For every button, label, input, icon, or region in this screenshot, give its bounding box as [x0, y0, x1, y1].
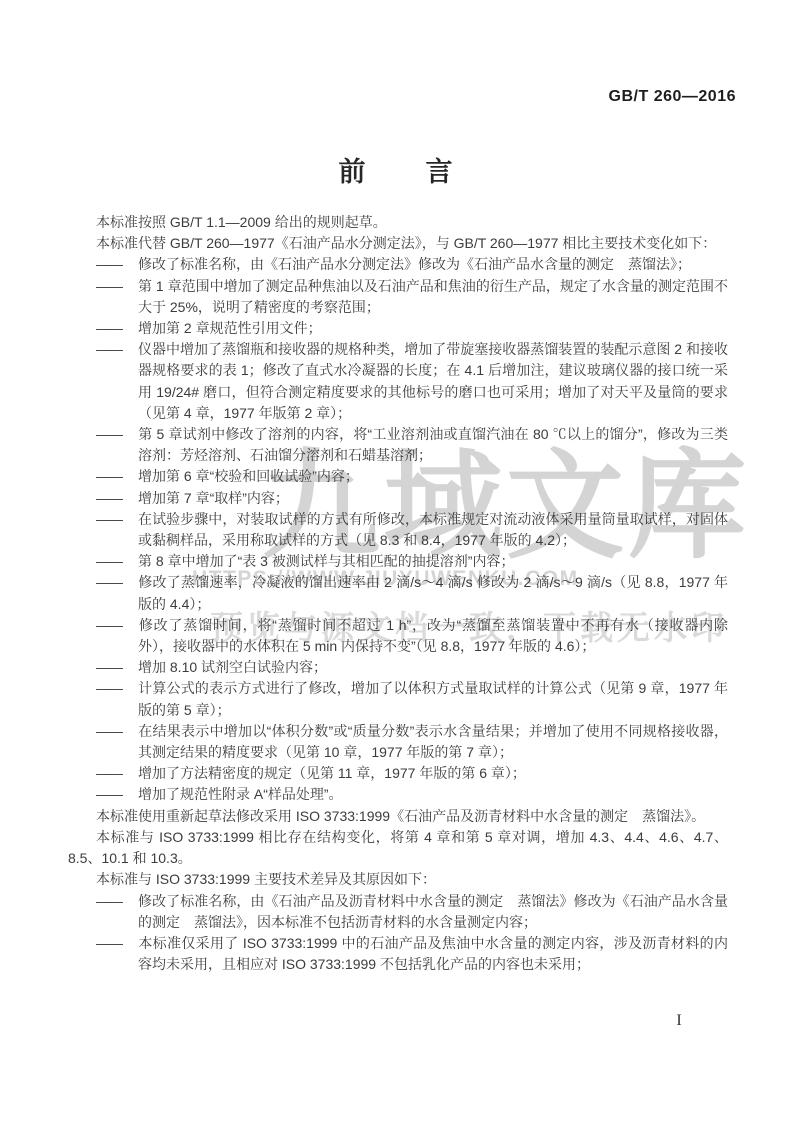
- dash-prefix: ——: [96, 678, 138, 699]
- page-title: 前 言: [0, 150, 793, 189]
- foreword-block: ——第 5 章试剂中修改了溶剂的内容，将“工业溶剂油或直馏汽油在 80 ℃以上的…: [68, 424, 728, 466]
- foreword-text: 本标准与 ISO 3733:1999 主要技术差异及其原因如下：: [96, 871, 436, 887]
- foreword-block: ——修改了标准名称，由《石油产品及沥青材料中水含量的测定 蒸馏法》修改为《石油产…: [68, 891, 728, 933]
- foreword-block: ——增加第 2 章规范性引用文件；: [68, 318, 728, 339]
- foreword-text: 本标准仅采用了 ISO 3733:1999 中的石油产品及焦油中水含量的测定内容…: [138, 935, 728, 972]
- foreword-text: 本标准使用重新起草法修改采用 ISO 3733:1999《石油产品及沥青材料中水…: [96, 808, 705, 824]
- foreword-block: ——增加了规范性附录 A“样品处理”。: [68, 784, 728, 805]
- dash-prefix: ——: [96, 254, 138, 275]
- foreword-block: 本标准使用重新起草法修改采用 ISO 3733:1999《石油产品及沥青材料中水…: [68, 806, 728, 827]
- standard-code: GB/T 260—2016: [68, 88, 736, 106]
- dash-prefix: ——: [96, 276, 138, 297]
- dash-prefix: ——: [96, 551, 138, 572]
- foreword-text: 增加第 2 章规范性引用文件；: [138, 320, 322, 336]
- foreword-text: 仪器中增加了蒸馏瓶和接收器的规格种类，增加了带旋塞接收器蒸馏装置的装配示意图 2…: [138, 341, 728, 421]
- foreword-block: ——修改了蒸馏时间，将“蒸馏时间不超过 1 h”，改为“蒸馏至蒸馏装置中不再有水…: [68, 615, 728, 657]
- dash-prefix: ——: [96, 339, 138, 360]
- foreword-text: 修改了蒸馏时间，将“蒸馏时间不超过 1 h”，改为“蒸馏至蒸馏装置中不再有水（接…: [138, 617, 728, 654]
- dash-prefix: ——: [96, 572, 138, 593]
- foreword-text: 修改了标准名称，由《石油产品水分测定法》修改为《石油产品水含量的测定 蒸馏法》；: [138, 256, 691, 272]
- foreword-text: 增加第 7 章“取样”内容；: [138, 490, 289, 506]
- foreword-text: 在试验步骤中，对装取试样的方式有所修改，本标准规定对流动液体采用量筒量取试样，对…: [138, 511, 728, 548]
- foreword-block: ——第 8 章中增加了“表 3 被测试样与其相匹配的抽提溶剂”内容；: [68, 551, 728, 572]
- foreword-text: 第 5 章试剂中修改了溶剂的内容，将“工业溶剂油或直馏汽油在 80 ℃以上的馏分…: [138, 426, 728, 463]
- foreword-block: 本标准按照 GB/T 1.1—2009 给出的规则起草。: [68, 212, 728, 233]
- dash-prefix: ——: [96, 488, 138, 509]
- foreword-block: ——仪器中增加了蒸馏瓶和接收器的规格种类，增加了带旋塞接收器蒸馏装置的装配示意图…: [68, 339, 728, 424]
- dash-prefix: ——: [96, 509, 138, 530]
- document-page: 九域文库 HTTPS://WWW.JIUYUWENKU.COM 预览与源文档一致…: [0, 0, 793, 1122]
- dash-prefix: ——: [96, 657, 138, 678]
- foreword-block: ——在试验步骤中，对装取试样的方式有所修改，本标准规定对流动液体采用量筒量取试样…: [68, 509, 728, 551]
- dash-prefix: ——: [96, 424, 138, 445]
- foreword-block: ——修改了蒸馏速率，冷凝液的馏出速率由 2 滴/s～4 滴/s 修改为 2 滴/…: [68, 572, 728, 614]
- foreword-text: 本标准与 ISO 3733:1999 相比存在结构变化，将第 4 章和第 5 章…: [68, 829, 728, 866]
- foreword-text: 在结果表示中增加以“体积分数”或“质量分数”表示水含量结果；并增加了使用不同规格…: [138, 723, 728, 760]
- foreword-text: 修改了蒸馏速率，冷凝液的馏出速率由 2 滴/s～4 滴/s 修改为 2 滴/s～…: [138, 574, 728, 611]
- foreword-block: ——增加 8.10 试剂空白试验内容；: [68, 657, 728, 678]
- foreword-block: 本标准与 ISO 3733:1999 相比存在结构变化，将第 4 章和第 5 章…: [68, 827, 728, 869]
- foreword-block: ——修改了标准名称，由《石油产品水分测定法》修改为《石油产品水含量的测定 蒸馏法…: [68, 254, 728, 275]
- dash-prefix: ——: [96, 721, 138, 742]
- foreword-block: ——增加第 7 章“取样”内容；: [68, 488, 728, 509]
- foreword-block: 本标准与 ISO 3733:1999 主要技术差异及其原因如下：: [68, 869, 728, 890]
- foreword-text: 增加 8.10 试剂空白试验内容；: [138, 659, 327, 675]
- foreword-text: 计算公式的表示方式进行了修改，增加了以体积方式量取试样的计算公式（见第 9 章，…: [138, 680, 728, 717]
- dash-prefix: ——: [96, 763, 138, 784]
- foreword-block: ——本标准仅采用了 ISO 3733:1999 中的石油产品及焦油中水含量的测定…: [68, 933, 728, 975]
- foreword-block: ——增加第 6 章“校验和回收试验”内容；: [68, 466, 728, 487]
- foreword-text: 第 8 章中增加了“表 3 被测试样与其相匹配的抽提溶剂”内容；: [138, 553, 514, 569]
- foreword-text: 第 1 章范围中增加了测定品种焦油以及石油产品和焦油的衍生产品，规定了水含量的测…: [138, 278, 728, 315]
- foreword-body: 本标准按照 GB/T 1.1—2009 给出的规则起草。本标准代替 GB/T 2…: [68, 212, 728, 975]
- foreword-text: 增加了方法精密度的规定（见第 11 章，1977 年版的第 6 章）；: [138, 765, 526, 781]
- foreword-text: 增加了规范性附录 A“样品处理”。: [138, 786, 343, 802]
- foreword-text: 修改了标准名称，由《石油产品及沥青材料中水含量的测定 蒸馏法》修改为《石油产品水…: [138, 893, 728, 930]
- dash-prefix: ——: [96, 318, 138, 339]
- dash-prefix: ——: [96, 466, 138, 487]
- foreword-text: 本标准按照 GB/T 1.1—2009 给出的规则起草。: [96, 214, 387, 230]
- dash-prefix: ——: [96, 891, 138, 912]
- page-number: I: [664, 1012, 694, 1030]
- foreword-block: 本标准代替 GB/T 260—1977《石油产品水分测定法》，与 GB/T 26…: [68, 233, 728, 254]
- foreword-text: 本标准代替 GB/T 260—1977《石油产品水分测定法》，与 GB/T 26…: [96, 235, 716, 251]
- dash-prefix: ——: [96, 784, 138, 805]
- foreword-text: 增加第 6 章“校验和回收试验”内容；: [138, 468, 359, 484]
- dash-prefix: ——: [96, 933, 138, 954]
- foreword-block: ——增加了方法精密度的规定（见第 11 章，1977 年版的第 6 章）；: [68, 763, 728, 784]
- foreword-block: ——第 1 章范围中增加了测定品种焦油以及石油产品和焦油的衍生产品，规定了水含量…: [68, 276, 728, 318]
- foreword-block: ——在结果表示中增加以“体积分数”或“质量分数”表示水含量结果；并增加了使用不同…: [68, 721, 728, 763]
- foreword-block: ——计算公式的表示方式进行了修改，增加了以体积方式量取试样的计算公式（见第 9 …: [68, 678, 728, 720]
- dash-prefix: ——: [96, 615, 138, 636]
